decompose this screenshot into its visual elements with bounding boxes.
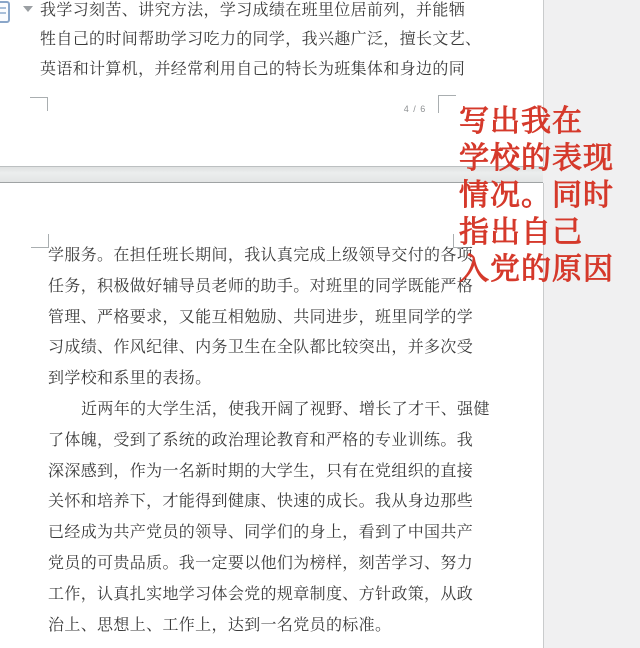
page-column: 我学习刻苦、讲究方法，学习成绩在班里位居前列，并能牺 牲自己的时间帮助学习吃力的…: [0, 0, 543, 648]
document-viewer: 我学习刻苦、讲究方法，学习成绩在班里位居前列，并能牺 牲自己的时间帮助学习吃力的…: [0, 0, 640, 648]
page-4-text: 我学习刻苦、讲究方法，学习成绩在班里位居前列，并能牺 牲自己的时间帮助学习吃力的…: [40, 0, 481, 84]
annotation-line: 学校的表现: [459, 140, 640, 177]
document-line: 深深感到，作为一名新时期的大学生，只有在党组织的直接: [48, 457, 490, 488]
annotation-line: 情况。同时: [459, 177, 640, 214]
text-boundary-mark: [30, 97, 48, 111]
paragraph-handle-icon[interactable]: [0, 1, 10, 23]
annotation-line: 入党的原因: [459, 251, 640, 288]
document-line: 近两年的大学生活，使我开阔了视野、增长了才干、强健: [48, 395, 490, 426]
annotation-note: 写出我在 学校的表现 情况。同时 指出自己 入党的原因: [459, 103, 640, 288]
document-line: 我学习刻苦、讲究方法，学习成绩在班里位居前列，并能牺: [40, 0, 481, 25]
document-line: 任务，积极做好辅导员老师的助手。对班里的同学既能严格: [48, 272, 490, 303]
document-line: 已经成为共产党员的领导、同学们的身上，看到了中国共产: [48, 518, 490, 549]
document-line: 了体魄，受到了系统的政治理论教育和严格的专业训练。我: [48, 426, 490, 457]
document-line: 管理、严格要求，又能互相勉励、共同进步，班里同学的学: [48, 303, 490, 334]
document-line: 习成绩、作风纪律、内务卫生在全队都比较突出，并多次受: [48, 333, 490, 364]
document-line: 英语和计算机，并经常利用自己的特长为班集体和身边的同: [40, 55, 481, 84]
document-line: 党员的可贵品质。我一定要以他们为榜样，刻苦学习、努力: [48, 549, 490, 580]
document-line: 治上、思想上、工作上，达到一名党员的标准。: [48, 611, 490, 642]
text-boundary-mark: [438, 95, 456, 113]
document-line: 学服务。在担任班长期间，我认真完成上级领导交付的各项: [48, 241, 490, 272]
page-indicator: 4 / 6: [400, 104, 430, 114]
document-line: 到学校和系里的表扬。: [48, 364, 490, 395]
annotation-line: 写出我在: [459, 103, 640, 140]
text-boundary-mark: [31, 234, 49, 248]
collapse-triangle-icon[interactable]: [23, 6, 33, 12]
page-5-text: 学服务。在担任班长期间，我认真完成上级领导交付的各项 任务，积极做好辅导员老师的…: [48, 241, 490, 641]
document-line: 牲自己的时间帮助学习吃力的同学，我兴趣广泛，擅长文艺、: [40, 25, 481, 54]
document-line: 工作，认真扎实地学习体会党的规章制度、方针政策，从政: [48, 580, 490, 611]
annotation-line: 指出自己: [459, 214, 640, 251]
document-line: 关怀和培养下，才能得到健康、快速的成长。我从身边那些: [48, 487, 490, 518]
